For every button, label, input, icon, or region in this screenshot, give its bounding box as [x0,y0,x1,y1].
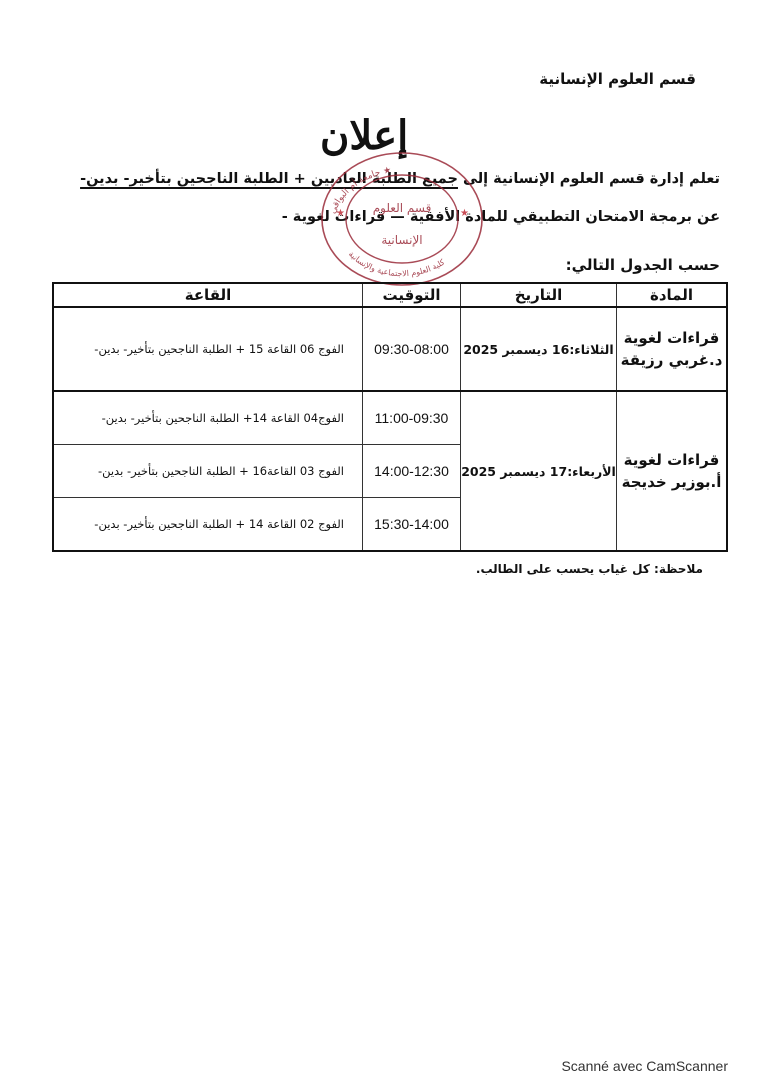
teacher-name: د.غربي رزيقة [617,349,726,371]
announcement-line-1-intro: تعلم إدارة قسم العلوم الإنسانية إلى [458,171,720,187]
table-row: قراءات لغوية أ.بوزير خديجة الأربعاء:17 د… [53,391,727,445]
announcement-line-1: تعلم إدارة قسم العلوم الإنسانية إلى جميع… [80,171,720,187]
subject-name: قراءات لغوية [617,449,726,471]
svg-text:الإنسانية: الإنسانية [381,233,422,247]
department-name: قسم العلوم الإنسانية [539,70,696,88]
table-header-row: المادة التاريخ التوقيت القاعة [53,283,727,307]
scanner-watermark: Scanné avec CamScanner [561,1058,728,1074]
announcement-line-1-audience: جميع الطلبة العاديين + الطلبة الناجحين ب… [80,171,458,187]
exam-schedule-table: المادة التاريخ التوقيت القاعة قراءات لغو… [52,282,728,552]
teacher-name: أ.بوزير خديجة [617,471,726,493]
room-cell: الفوج 02 القاعة 14 + الطلبة الناجحين بتأ… [53,498,363,552]
room-cell: الفوج 03 القاعة16 + الطلبة الناجحين بتأخ… [53,445,363,498]
subject-name: قراءات لغوية [617,327,726,349]
time-cell: 14:00-12:30 [363,445,461,498]
announcement-line-3: حسب الجدول التالي: [566,256,720,274]
date-cell: الثلاثاء:16 ديسمبر 2025 [461,307,617,391]
header-subject: المادة [617,283,728,307]
announcement-title: إعلان [320,112,408,159]
room-cell: الفوج 06 القاعة 15 + الطلبة الناجحين بتأ… [53,307,363,391]
time-cell: 15:30-14:00 [363,498,461,552]
time-cell: 11:00-09:30 [363,391,461,445]
time-cell: 09:30-08:00 [363,307,461,391]
room-cell: الفوج04 القاعة 14+ الطلبة الناجحين بتأخي… [53,391,363,445]
subject-cell: قراءات لغوية أ.بوزير خديجة [617,391,728,551]
table-row: قراءات لغوية د.غربي رزيقة الثلاثاء:16 دي… [53,307,727,391]
header-date: التاريخ [461,283,617,307]
header-room: القاعة [53,283,363,307]
svg-text:كلية العلوم الاجتماعية والإنسا: كلية العلوم الاجتماعية والإنسانية [347,249,447,278]
announcement-line-2: عن برمجة الامتحان التطبيقي للمادة الأفقي… [282,209,720,225]
date-cell: الأربعاء:17 ديسمبر 2025 [461,391,617,551]
subject-cell: قراءات لغوية د.غربي رزيقة [617,307,728,391]
header-time: التوقيت [363,283,461,307]
absence-note: ملاحظة: كل غياب يحسب على الطالب. [476,562,703,576]
